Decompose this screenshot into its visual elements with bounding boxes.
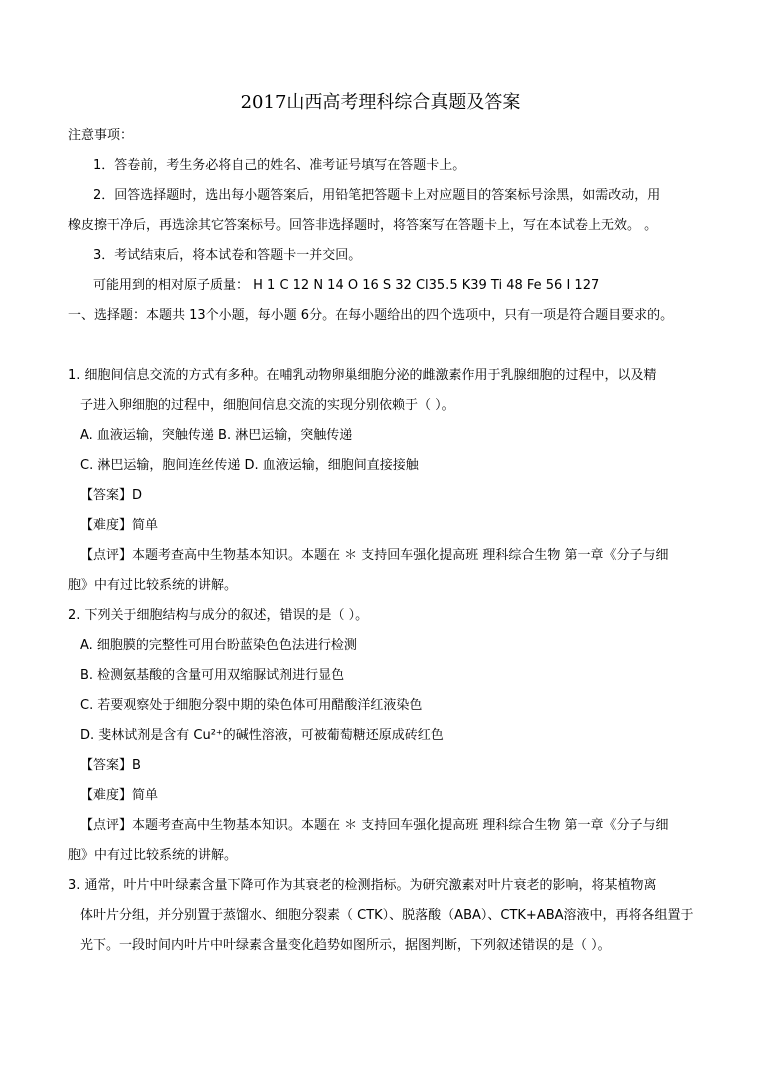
section-one-heading: 一、选择题：本题共 13个小题，每小题 6分。在每小题给出的四个选项中，只有一项…	[68, 308, 673, 324]
notice-item-2: 2．回答选择题时，选出每小题答案后，用铅笔把答题卡上对应题目的答案标号涂黑，如需…	[93, 188, 660, 204]
notice-heading: 注意事项：	[68, 128, 133, 144]
question-2-answer: 【答案】B	[80, 758, 141, 774]
question-3-line-1: 3. 通常，叶片中叶绿素含量下降可作为其衰老的检测指标。为研究激素对叶片衰老的影…	[68, 878, 657, 894]
question-2-option-a: A. 细胞膜的完整性可用台盼蓝染色色法进行检测	[80, 638, 357, 654]
question-3-line-3: 光下。一段时间内叶片中叶绿素含量变化趋势如图所示，据图判断，下列叙述错误的是（ …	[80, 938, 611, 954]
question-2-line-1: 2. 下列关于细胞结构与成分的叙述，错误的是（ ）。	[68, 608, 368, 624]
notice-item-2-cont: 橡皮擦干净后，再选涂其它答案标号。回答非选择题时，将答案写在答题卡上，写在本试卷…	[68, 218, 657, 234]
question-1-comment-2: 胞》中有过比较系统的讲解。	[68, 578, 237, 594]
question-1-difficulty: 【难度】简单	[80, 518, 158, 534]
question-2-difficulty: 【难度】简单	[80, 788, 158, 804]
question-2-option-b: B. 检测氨基酸的含量可用双缩脲试剂进行显色	[80, 668, 344, 684]
notice-item-1: 1．答卷前，考生务必将自己的姓名、准考证号填写在答题卡上。	[93, 158, 465, 174]
question-1-options-row-2: C. 淋巴运输，胞间连丝传递 D. 血液运输，细胞间直接接触	[80, 458, 419, 474]
question-1-options-row-1: A. 血液运输，突触传递 B. 淋巴运输，突触传递	[80, 428, 352, 444]
question-2-comment-2: 胞》中有过比较系统的讲解。	[68, 848, 237, 864]
question-1-line-2: 子进入卵细胞的过程中，细胞间信息交流的实现分别依赖于（ ）。	[80, 398, 455, 414]
question-3-line-2: 体叶片分组，并分别置于蒸馏水、细胞分裂素（ CTK）、脱落酸（ABA）、CTK+…	[80, 908, 694, 924]
question-1-answer: 【答案】D	[80, 488, 142, 504]
question-2-comment-1: 【点评】本题考查高中生物基本知识。本题在 ＊ 支持回车强化提高班 理科综合生物 …	[80, 818, 669, 834]
question-1-line-1: 1. 细胞间信息交流的方式有多种。在哺乳动物卵巢细胞分泌的雌激素作用于乳腺细胞的…	[68, 368, 657, 384]
question-2-option-c: C. 若要观察处于细胞分裂中期的染色体可用醋酸洋红液染色	[80, 698, 422, 714]
notice-item-3: 3．考试结束后，将本试卷和答题卡一并交回。	[93, 248, 361, 264]
question-1-comment-1: 【点评】本题考查高中生物基本知识。本题在 ＊ 支持回车强化提高班 理科综合生物 …	[80, 548, 669, 564]
page-title: 2017山西高考理科综合真题及答案	[0, 92, 761, 114]
atomic-masses: 可能用到的相对原子质量： H 1 C 12 N 14 O 16 S 32 Cl3…	[93, 278, 599, 294]
question-2-option-d: D. 斐林试剂是含有 Cu²⁺的碱性溶液，可被葡萄糖还原成砖红色	[80, 728, 444, 744]
